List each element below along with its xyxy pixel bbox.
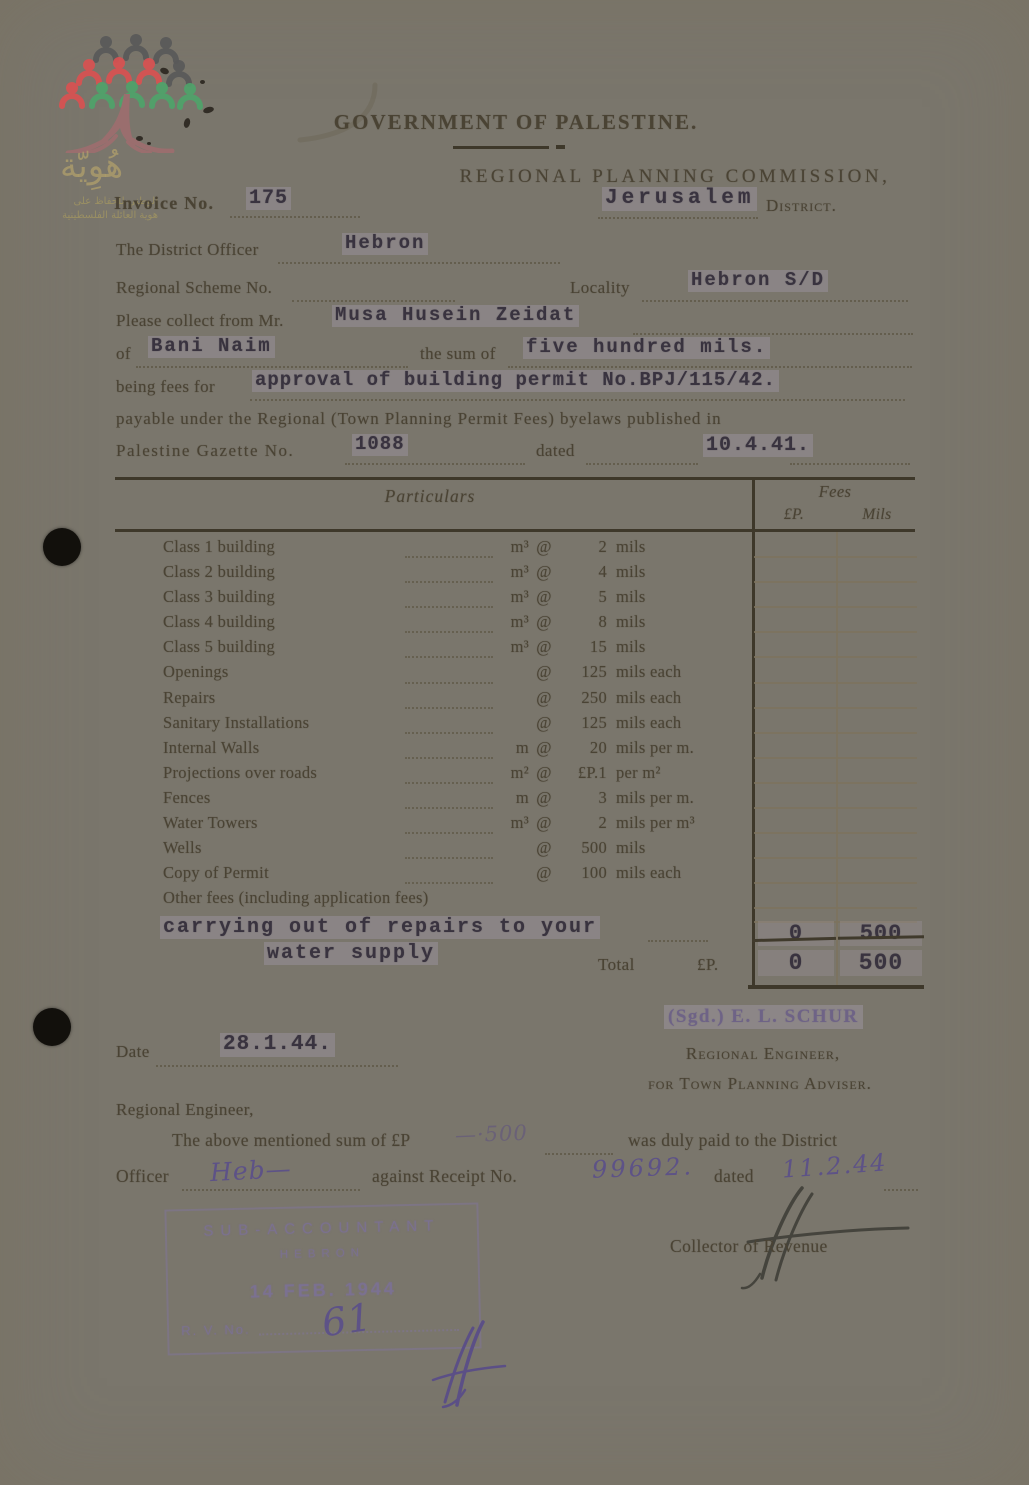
- dotted-leader: [405, 594, 493, 608]
- at-symbol: @: [531, 763, 557, 783]
- fee-item-unit: m²: [493, 763, 531, 783]
- at-symbol: @: [531, 713, 557, 733]
- fee-item-rate-unit: mils: [607, 838, 646, 858]
- table-row: Class 1 buildingm³@2mils: [163, 537, 748, 562]
- payable-under-line: payable under the Regional (Town Plannin…: [116, 409, 721, 429]
- fee-item-label: Openings: [163, 662, 405, 682]
- dotted-leader: [508, 364, 912, 368]
- collector-label: Collector of Revenue: [670, 1236, 828, 1257]
- at-symbol: @: [531, 738, 557, 758]
- fee-item-rate-unit: mils each: [607, 662, 681, 682]
- struck-pounds-value: 0: [758, 921, 834, 946]
- district-officer-label: The District Officer: [116, 240, 259, 260]
- fee-item-rate-unit: mils per m.: [607, 788, 694, 808]
- fee-item-rate-unit: mils: [607, 562, 646, 582]
- fee-item-label: Class 1 building: [163, 537, 405, 557]
- particulars-header: Particulars: [280, 486, 580, 507]
- stamp-place-line: HEBRON: [167, 1244, 477, 1263]
- table-row: Openings@125mils each: [163, 662, 748, 687]
- fee-item-label: Class 3 building: [163, 587, 405, 607]
- title-rule: [453, 146, 549, 149]
- fee-item-rate: £P.1: [557, 763, 607, 783]
- table-row: Projections over roadsm²@£P.1per m²: [163, 763, 748, 788]
- at-symbol: @: [531, 662, 557, 682]
- at-symbol: @: [531, 637, 557, 657]
- dotted-leader: [292, 298, 455, 302]
- district-value: Jerusalem: [602, 187, 757, 211]
- table-row: Internal Wallsm@20mils per m.: [163, 738, 748, 763]
- table-row: Class 3 buildingm³@5mils: [163, 587, 748, 612]
- ink-speck: [147, 142, 151, 145]
- fee-item-rate-unit: mils per m³: [607, 813, 695, 833]
- fee-item-rate: 500: [557, 838, 607, 858]
- regional-scheme-label: Regional Scheme No.: [116, 278, 272, 298]
- fee-item-unit: m³: [493, 813, 531, 833]
- payer-name-value: Musa Husein Zeidat: [332, 305, 579, 327]
- fee-item-label: Water Towers: [163, 813, 405, 833]
- fees-column-divider: [836, 532, 838, 986]
- fee-item-rate-unit: per m²: [607, 763, 661, 783]
- paid-amount-handwritten: —·500: [455, 1121, 529, 1148]
- at-symbol: @: [531, 562, 557, 582]
- dotted-leader: [405, 720, 493, 734]
- fee-item-rate: 8: [557, 612, 607, 632]
- at-symbol: @: [531, 838, 557, 858]
- fee-item-rate: 125: [557, 662, 607, 682]
- fee-item-label: Class 2 building: [163, 562, 405, 582]
- fee-item-label: Wells: [163, 838, 405, 858]
- fee-item-rate-unit: mils per m.: [607, 738, 694, 758]
- total-pounds-value: 0: [758, 950, 834, 976]
- table-top-border: [115, 477, 915, 480]
- fee-item-unit: m: [493, 788, 531, 808]
- receipt-number-handwritten: 99692.: [592, 1152, 695, 1184]
- gazette-date-value: 10.4.41.: [703, 434, 813, 457]
- table-row: Water Towersm³@2mils per m³: [163, 813, 748, 838]
- fees-for-label: being fees for: [116, 377, 215, 397]
- stamp-signature-scrawl: [405, 1310, 515, 1410]
- fee-item-rate: 100: [557, 863, 607, 883]
- commission-title: REGIONAL PLANNING COMMISSION,: [440, 166, 910, 188]
- fee-item-rate-unit: mils each: [607, 688, 681, 708]
- fee-item-label: Sanitary Installations: [163, 713, 405, 733]
- dotted-leader: [345, 461, 525, 465]
- ink-speck: [200, 80, 205, 84]
- dotted-leader: [405, 820, 493, 834]
- fee-item-rate: 20: [557, 738, 607, 758]
- fee-item-unit: m³: [493, 587, 531, 607]
- total-label: Total: [598, 955, 635, 975]
- dotted-leader: [156, 1063, 398, 1067]
- locality-value: Hebron S/D: [688, 270, 828, 292]
- dotted-leader: [598, 215, 758, 219]
- dotted-leader: [405, 670, 493, 684]
- fee-item-rate: 3: [557, 788, 607, 808]
- total-mils-value: 500: [840, 950, 922, 976]
- total-bottom-border: [748, 985, 924, 989]
- payer-village-value: Bani Naim: [148, 336, 275, 358]
- at-symbol: @: [531, 863, 557, 883]
- dotted-leader: [405, 795, 493, 809]
- table-row: Class 4 buildingm³@8mils: [163, 612, 748, 637]
- fee-item-rate-unit: mils: [607, 612, 646, 632]
- engineer-title-line-1: Regional Engineer,: [628, 1044, 898, 1064]
- fee-cell-line: [754, 606, 917, 608]
- gazette-number-value: 1088: [352, 434, 408, 456]
- paid-line-prefix: The above mentioned sum of £P: [172, 1130, 411, 1151]
- district-officer-value: Hebron: [342, 233, 428, 255]
- signed-name: (Sgd.) E. L. SCHUR: [664, 1005, 863, 1029]
- table-row: Class 5 buildingm³@15mils: [163, 637, 748, 662]
- fee-item-unit: m³: [493, 562, 531, 582]
- fee-item-rate: 125: [557, 713, 607, 733]
- dotted-leader: [182, 1187, 360, 1191]
- table-row: Fencesm@3mils per m.: [163, 788, 748, 813]
- dotted-leader: [405, 644, 493, 658]
- page-title: GOVERNMENT OF PALESTINE.: [266, 110, 766, 135]
- fee-item-label: Projections over roads: [163, 763, 405, 783]
- fees-for-value: approval of building permit No.BPJ/115/4…: [252, 370, 779, 392]
- dotted-leader: [405, 569, 493, 583]
- table-row: Copy of Permit@100mils each: [163, 863, 748, 888]
- dotted-leader: [405, 544, 493, 558]
- against-receipt-label: against Receipt No.: [372, 1166, 517, 1187]
- stamp-office-line: SUB-ACCOUNTANT: [167, 1216, 477, 1240]
- fee-item-unit: m³: [493, 612, 531, 632]
- fee-item-rate: 2: [557, 813, 607, 833]
- table-row: Wells@500mils: [163, 838, 748, 863]
- dotted-leader: [405, 845, 493, 859]
- fee-cell-line: [754, 907, 917, 909]
- fee-item-unit: m: [493, 738, 531, 758]
- dotted-leader: [230, 214, 360, 218]
- fee-cell-line: [754, 707, 917, 709]
- fee-item-rate: 15: [557, 637, 607, 657]
- table-row: Class 2 buildingm³@4mils: [163, 562, 748, 587]
- paid-line-suffix: was duly paid to the District: [628, 1130, 837, 1151]
- gazette-label: Palestine Gazette No.: [116, 441, 294, 461]
- engineer-title-line-2: for Town Planning Adviser.: [600, 1074, 920, 1094]
- fee-cell-line: [754, 656, 917, 658]
- locality-label: Locality: [570, 278, 630, 298]
- watermark-arabic-title: هُوِيّة: [60, 146, 160, 186]
- table-row: Sanitary Installations@125mils each: [163, 713, 748, 738]
- date-label: Date: [116, 1042, 150, 1062]
- fee-item-label: Fences: [163, 788, 405, 808]
- fee-cell-line: [754, 782, 917, 784]
- at-symbol: @: [531, 813, 557, 833]
- fee-item-unit: m³: [493, 537, 531, 557]
- officer-label: Officer: [116, 1166, 169, 1187]
- fee-item-unit: m³: [493, 637, 531, 657]
- fee-item-rate: 5: [557, 587, 607, 607]
- at-symbol: @: [531, 537, 557, 557]
- table-header-border: [115, 529, 915, 532]
- dotted-leader: [633, 331, 913, 335]
- dotted-leader: [136, 364, 408, 368]
- fee-item-rate-unit: mils each: [607, 713, 681, 733]
- fee-cell-line: [754, 807, 917, 809]
- fee-item-rate-unit: mils each: [607, 863, 681, 883]
- punch-hole-bottom: [33, 1008, 71, 1046]
- invoice-number-label: Invoice No.: [114, 193, 214, 214]
- fee-cell-line: [754, 556, 917, 558]
- struck-mils-value: 500: [840, 921, 922, 946]
- fee-item-rate-unit: mils: [607, 537, 646, 557]
- at-symbol: @: [531, 612, 557, 632]
- table-row: Repairs@250mils each: [163, 688, 748, 713]
- rv-number-handwritten: 61: [319, 1295, 375, 1346]
- fee-cell-line: [754, 857, 917, 859]
- dotted-leader: [642, 298, 908, 302]
- collect-from-label: Please collect from Mr.: [116, 311, 284, 331]
- fee-cell-line: [754, 581, 917, 583]
- dotted-leader: [586, 461, 698, 465]
- fee-item-label: Class 5 building: [163, 637, 405, 657]
- fee-item-rate: 250: [557, 688, 607, 708]
- fee-cell-line: [754, 682, 917, 684]
- at-symbol: @: [531, 688, 557, 708]
- dotted-leader: [405, 695, 493, 709]
- of-label: of: [116, 344, 131, 364]
- other-fees-label: Other fees (including application fees): [163, 888, 429, 908]
- fee-item-rate: 4: [557, 562, 607, 582]
- officer-name-handwritten: Heb—: [209, 1154, 292, 1187]
- gazette-dated-label: dated: [536, 441, 575, 461]
- fee-cell-line: [754, 882, 917, 884]
- archive-tree-logo: [46, 28, 216, 153]
- typed-entry-line-1: carrying out of repairs to your: [160, 916, 600, 939]
- at-symbol: @: [531, 587, 557, 607]
- date-value: 28.1.44.: [220, 1033, 335, 1057]
- at-symbol: @: [531, 788, 557, 808]
- addressee-line: Regional Engineer,: [116, 1100, 254, 1120]
- mils-column-header: Mils: [838, 506, 916, 524]
- dotted-leader: [405, 619, 493, 633]
- typed-entry-line-2: water supply: [264, 942, 438, 965]
- scanned-invoice-document: هُوِيّة الوطني للحفاظ على هوية العائلة ا…: [0, 0, 1029, 1485]
- fee-cell-line: [754, 732, 917, 734]
- fee-item-rate-unit: mils: [607, 637, 646, 657]
- fees-header: Fees: [755, 482, 915, 502]
- ink-speck: [136, 136, 143, 141]
- dotted-leader: [648, 938, 708, 942]
- invoice-number-value: 175: [246, 187, 291, 210]
- fee-item-label: Class 4 building: [163, 612, 405, 632]
- dotted-leader: [278, 260, 560, 264]
- fee-item-label: Repairs: [163, 688, 405, 708]
- total-currency-label: £P.: [697, 955, 719, 975]
- fee-item-label: Copy of Permit: [163, 863, 405, 883]
- table-row-other-fees: Other fees (including application fees): [163, 888, 748, 913]
- fee-item-rate-unit: mils: [607, 587, 646, 607]
- dotted-leader: [405, 770, 493, 784]
- title-rule-dash: [556, 145, 565, 149]
- fee-cell-line: [754, 832, 917, 834]
- fee-item-rate: 2: [557, 537, 607, 557]
- fee-cell-line: [754, 631, 917, 633]
- district-label: District.: [766, 196, 837, 216]
- fee-cell-line: [754, 757, 917, 759]
- fee-schedule-list: Class 1 buildingm³@2mils Class 2 buildin…: [163, 537, 748, 913]
- dotted-leader: [250, 397, 905, 401]
- dotted-leader: [405, 870, 493, 884]
- sum-value: five hundred mils.: [523, 337, 770, 359]
- sum-of-label: the sum of: [420, 344, 496, 364]
- punch-hole-top: [43, 528, 81, 566]
- collector-signature: [690, 1170, 925, 1295]
- fee-item-label: Internal Walls: [163, 738, 405, 758]
- dotted-leader: [405, 745, 493, 759]
- stamp-rv-label: R. V. No.: [181, 1322, 251, 1339]
- pounds-column-header: £P.: [754, 506, 834, 524]
- dotted-leader: [790, 461, 910, 465]
